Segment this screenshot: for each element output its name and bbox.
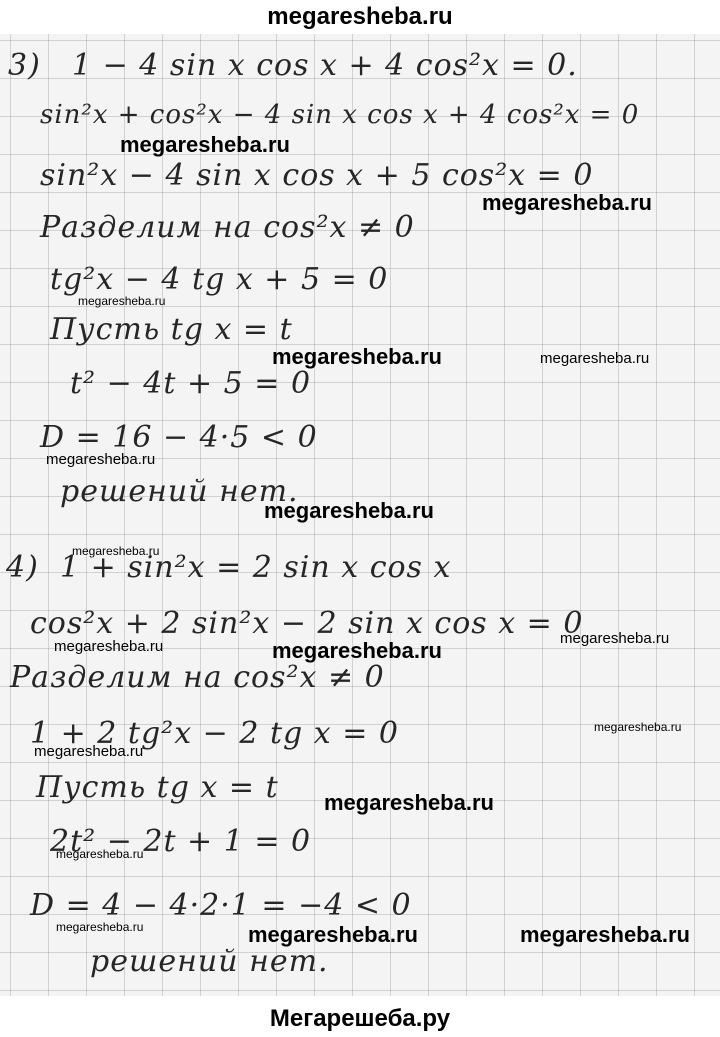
problem-3-step-1: sin²x + cos²x − 4 sin x cos x + 4 cos²x …	[40, 100, 639, 130]
watermark: megaresheba.ru	[54, 638, 163, 655]
problem-3-label: 3)	[8, 48, 41, 83]
watermark: megaresheba.ru	[560, 630, 669, 647]
problem-4-step-2: Разделим на cos²x ≠ 0	[10, 660, 385, 695]
problem-3-equation: 1 − 4 sin x cos x + 4 cos²x = 0.	[72, 48, 578, 83]
problem-3-step-4: tg²x − 4 tg x + 5 = 0	[50, 262, 388, 297]
problem-4-step-1: cos²x + 2 sin²x − 2 sin x cos x = 0	[30, 606, 583, 641]
watermark: megaresheba.ru	[272, 344, 442, 370]
watermark: megaresheba.ru	[56, 847, 143, 861]
watermark: megaresheba.ru	[324, 790, 494, 816]
watermark: megaresheba.ru	[78, 294, 165, 308]
problem-3-step-6: t² − 4t + 5 = 0	[70, 366, 311, 401]
problem-3-step-3: Разделим на cos²x ≠ 0	[40, 210, 415, 245]
watermark: megaresheba.ru	[540, 350, 649, 367]
watermark: megaresheba.ru	[520, 922, 690, 948]
watermark: megaresheba.ru	[248, 922, 418, 948]
watermark: megaresheba.ru	[34, 743, 143, 760]
problem-3-answer: решений нет.	[60, 474, 299, 509]
problem-4-step-6: D = 4 − 4·2·1 = −4 < 0	[30, 888, 412, 923]
watermark: megaresheba.ru	[272, 638, 442, 664]
watermark: megaresheba.ru	[46, 451, 155, 468]
watermark: megaresheba.ru	[264, 498, 434, 524]
watermark: megaresheba.ru	[56, 920, 143, 934]
watermark: megaresheba.ru	[120, 132, 290, 158]
watermark: megaresheba.ru	[594, 720, 681, 734]
problem-4-label: 4)	[6, 550, 39, 585]
site-footer[interactable]: Мегарешеба.ру	[0, 1000, 720, 1037]
problem-4-answer: решений нет.	[90, 944, 329, 979]
problem-3-step-5: Пусть tg x = t	[50, 312, 293, 347]
problem-3-step-7: D = 16 − 4·5 < 0	[40, 420, 318, 455]
watermark: megaresheba.ru	[482, 190, 652, 216]
problem-4-step-4: Пусть tg x = t	[36, 770, 279, 805]
site-header[interactable]: megaresheba.ru	[0, 0, 720, 34]
problem-3-step-2: sin²x − 4 sin x cos x + 5 cos²x = 0	[40, 158, 593, 193]
watermark: megaresheba.ru	[72, 544, 159, 558]
